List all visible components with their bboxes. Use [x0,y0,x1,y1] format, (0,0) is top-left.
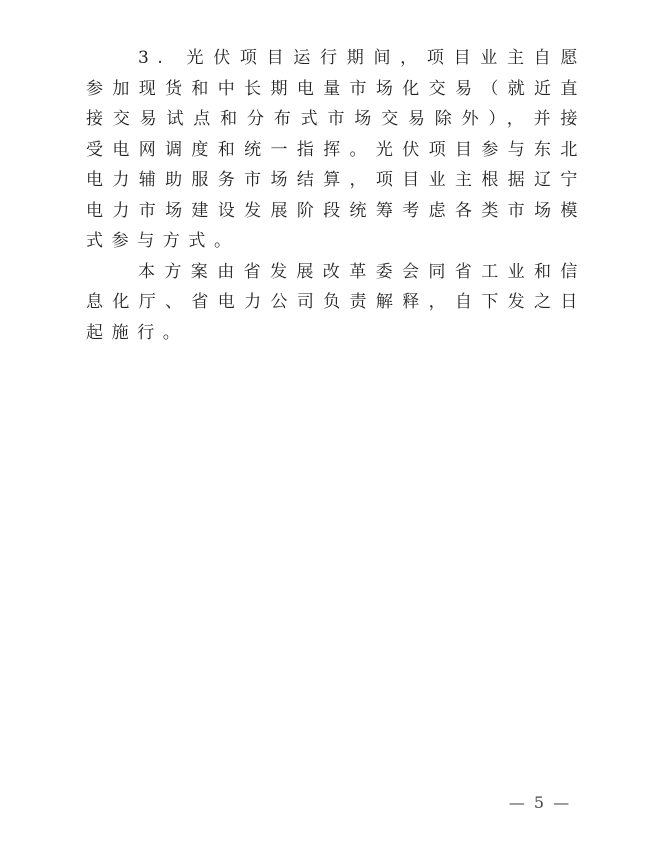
page-number: — 5 — [500,793,580,812]
paragraph-interpretation: 本方案由省发展改革委会同省工业和信息化厅、省电力公司负责解释，自下发之日起施行。 [86,257,586,349]
paragraph-market-participation: 3. 光伏项目运行期间，项目业主自愿参加现货和中长期电量市场化交易（就近直接交易… [86,43,586,257]
document-body: 3. 光伏项目运行期间，项目业主自愿参加现货和中长期电量市场化交易（就近直接交易… [86,43,586,348]
